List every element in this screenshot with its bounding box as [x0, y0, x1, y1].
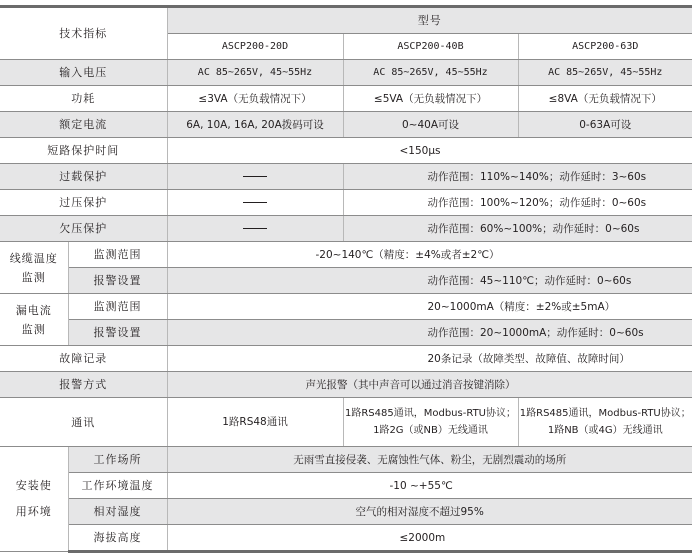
cable-temp-group-line2: 监测: [22, 271, 46, 284]
row-cable-temp-alarm: 报警设置 动作范围：45~110℃；动作延时：0~60s: [0, 268, 692, 294]
alarm-mode-label: 报警方式: [0, 372, 167, 398]
undervoltage-label: 欠压保护: [0, 216, 167, 242]
undervoltage-value: 动作范围：60%~100%；动作延时：0~60s: [343, 216, 692, 242]
model-name-40b: ASCP200-40B: [343, 34, 518, 60]
environment-group-line1: 安装使: [16, 479, 52, 492]
row-rated-current: 额定电流 6A, 10A, 16A, 20A拨码可设 0~40A可设 0-63A…: [0, 112, 692, 138]
overvoltage-value: 动作范围：100%~120%；动作延时：0~60s: [343, 190, 692, 216]
header-row-model: 技术指标 型号: [0, 7, 692, 34]
leakage-group-line1: 漏电流: [16, 304, 52, 317]
alarm-mode-value: 声光报警（其中声音可以通过消音按键消除）: [167, 372, 692, 398]
power-consumption-63d: ≤8VA（无负载情况下）: [518, 86, 692, 112]
row-overvoltage: 过压保护 动作范围：100%~120%；动作延时：0~60s: [0, 190, 692, 216]
row-input-voltage: 输入电压 AC 85~265V, 45~55Hz AC 85~265V, 45~…: [0, 60, 692, 86]
row-power-consumption: 功耗 ≤3VA（无负载情况下） ≤5VA（无负载情况下） ≤8VA（无负载情况下…: [0, 86, 692, 112]
row-env-altitude: 海拔高度 ≤2000m: [0, 525, 692, 552]
environment-group-line2: 用环境: [16, 505, 52, 518]
communication-20d-line1: 1路RS48通讯: [222, 416, 288, 428]
spec-table: 技术指标 型号 ASCP200-20D ASCP200-40B ASCP200-…: [0, 5, 692, 552]
communication-40b: 1路RS485通讯，Modbus-RTU协议；1路2G（或NB）无线通讯: [343, 398, 518, 447]
communication-63d-line1: 1路RS485通讯，Modbus-RTU协议；: [520, 408, 691, 419]
environment-group-label: 安装使用环境: [0, 447, 68, 552]
env-altitude-value: ≤2000m: [167, 525, 692, 552]
not-applicable-dash: [243, 202, 267, 203]
env-workplace-label: 工作场所: [68, 447, 167, 473]
undervoltage-20d: [167, 216, 343, 242]
leakage-group-line2: 监测: [22, 323, 46, 336]
rated-current-label: 额定电流: [0, 112, 167, 138]
short-circuit-time-value: <150μs: [167, 138, 692, 164]
power-consumption-20d: ≤3VA（无负载情况下）: [167, 86, 343, 112]
fault-record-value: 20条记录（故障类型、故障值、故障时间）: [167, 346, 692, 372]
row-cable-temp-range: 线缆温度监测 监测范围 -20~140℃（精度：±4%或者±2℃）: [0, 242, 692, 268]
leakage-range-value: 20~1000mA（精度：±2%或±5mA）: [167, 294, 692, 320]
short-circuit-time-label: 短路保护时间: [0, 138, 167, 164]
communication-40b-line1: 1路RS485通讯，Modbus-RTU协议；: [345, 408, 516, 419]
row-short-circuit-time: 短路保护时间 <150μs: [0, 138, 692, 164]
cable-temp-alarm-label: 报警设置: [68, 268, 167, 294]
spec-table-container: 技术指标 型号 ASCP200-20D ASCP200-40B ASCP200-…: [0, 5, 692, 552]
communication-40b-line2: 1路2G（或NB）无线通讯: [373, 425, 488, 436]
leakage-alarm-value: 动作范围：20~1000mA；动作延时：0~60s: [167, 320, 692, 346]
row-env-workplace: 安装使用环境 工作场所 无雨雪直接侵袭、无腐蚀性气体、粉尘，无剧烈震动的场所: [0, 447, 692, 473]
row-undervoltage: 欠压保护 动作范围：60%~100%；动作延时：0~60s: [0, 216, 692, 242]
cable-temp-group-label: 线缆温度监测: [0, 242, 68, 294]
overvoltage-20d: [167, 190, 343, 216]
communication-63d-line2: 1路NB（或4G）无线通讯: [548, 425, 663, 436]
leakage-alarm-label: 报警设置: [68, 320, 167, 346]
model-name-20d: ASCP200-20D: [167, 34, 343, 60]
input-voltage-label: 输入电压: [0, 60, 167, 86]
row-leakage-alarm: 报警设置 动作范围：20~1000mA；动作延时：0~60s: [0, 320, 692, 346]
model-header: 型号: [167, 7, 692, 34]
input-voltage-40b: AC 85~265V, 45~55Hz: [343, 60, 518, 86]
input-voltage-20d: AC 85~265V, 45~55Hz: [167, 60, 343, 86]
fault-record-label: 故障记录: [0, 346, 167, 372]
overload-value: 动作范围：110%~140%；动作延时：3~60s: [343, 164, 692, 190]
rated-current-20d: 6A, 10A, 16A, 20A拨码可设: [167, 112, 343, 138]
env-temperature-label: 工作环境温度: [68, 473, 167, 499]
row-communication: 通讯 1路RS48通讯 1路RS485通讯，Modbus-RTU协议；1路2G（…: [0, 398, 692, 447]
power-consumption-label: 功耗: [0, 86, 167, 112]
cable-temp-range-value: -20~140℃（精度：±4%或者±2℃）: [167, 242, 692, 268]
tech-spec-header: 技术指标: [0, 7, 167, 60]
model-name-63d: ASCP200-63D: [518, 34, 692, 60]
leakage-range-label: 监测范围: [68, 294, 167, 320]
power-consumption-40b: ≤5VA（无负载情况下）: [343, 86, 518, 112]
communication-63d: 1路RS485通讯，Modbus-RTU协议；1路NB（或4G）无线通讯: [518, 398, 692, 447]
row-env-humidity: 相对湿度 空气的相对湿度不超过95%: [0, 499, 692, 525]
env-humidity-value: 空气的相对湿度不超过95%: [167, 499, 692, 525]
communication-label: 通讯: [0, 398, 167, 447]
cable-temp-alarm-value: 动作范围：45~110℃；动作延时：0~60s: [167, 268, 692, 294]
overload-20d: [167, 164, 343, 190]
env-temperature-value: -10 ~+55℃: [167, 473, 692, 499]
row-env-temperature: 工作环境温度 -10 ~+55℃: [0, 473, 692, 499]
row-overload: 过载保护 动作范围：110%~140%；动作延时：3~60s: [0, 164, 692, 190]
rated-current-40b: 0~40A可设: [343, 112, 518, 138]
overload-label: 过载保护: [0, 164, 167, 190]
row-fault-record: 故障记录 20条记录（故障类型、故障值、故障时间）: [0, 346, 692, 372]
rated-current-63d: 0-63A可设: [518, 112, 692, 138]
env-humidity-label: 相对湿度: [68, 499, 167, 525]
input-voltage-63d: AC 85~265V, 45~55Hz: [518, 60, 692, 86]
env-altitude-label: 海拔高度: [68, 525, 167, 552]
not-applicable-dash: [243, 228, 267, 229]
overvoltage-label: 过压保护: [0, 190, 167, 216]
env-workplace-value: 无雨雪直接侵袭、无腐蚀性气体、粉尘，无剧烈震动的场所: [167, 447, 692, 473]
leakage-group-label: 漏电流监测: [0, 294, 68, 346]
communication-20d: 1路RS48通讯: [167, 398, 343, 447]
row-alarm-mode: 报警方式 声光报警（其中声音可以通过消音按键消除）: [0, 372, 692, 398]
cable-temp-group-line1: 线缆温度: [10, 252, 58, 265]
cable-temp-range-label: 监测范围: [68, 242, 167, 268]
row-leakage-range: 漏电流监测 监测范围 20~1000mA（精度：±2%或±5mA）: [0, 294, 692, 320]
not-applicable-dash: [243, 176, 267, 177]
